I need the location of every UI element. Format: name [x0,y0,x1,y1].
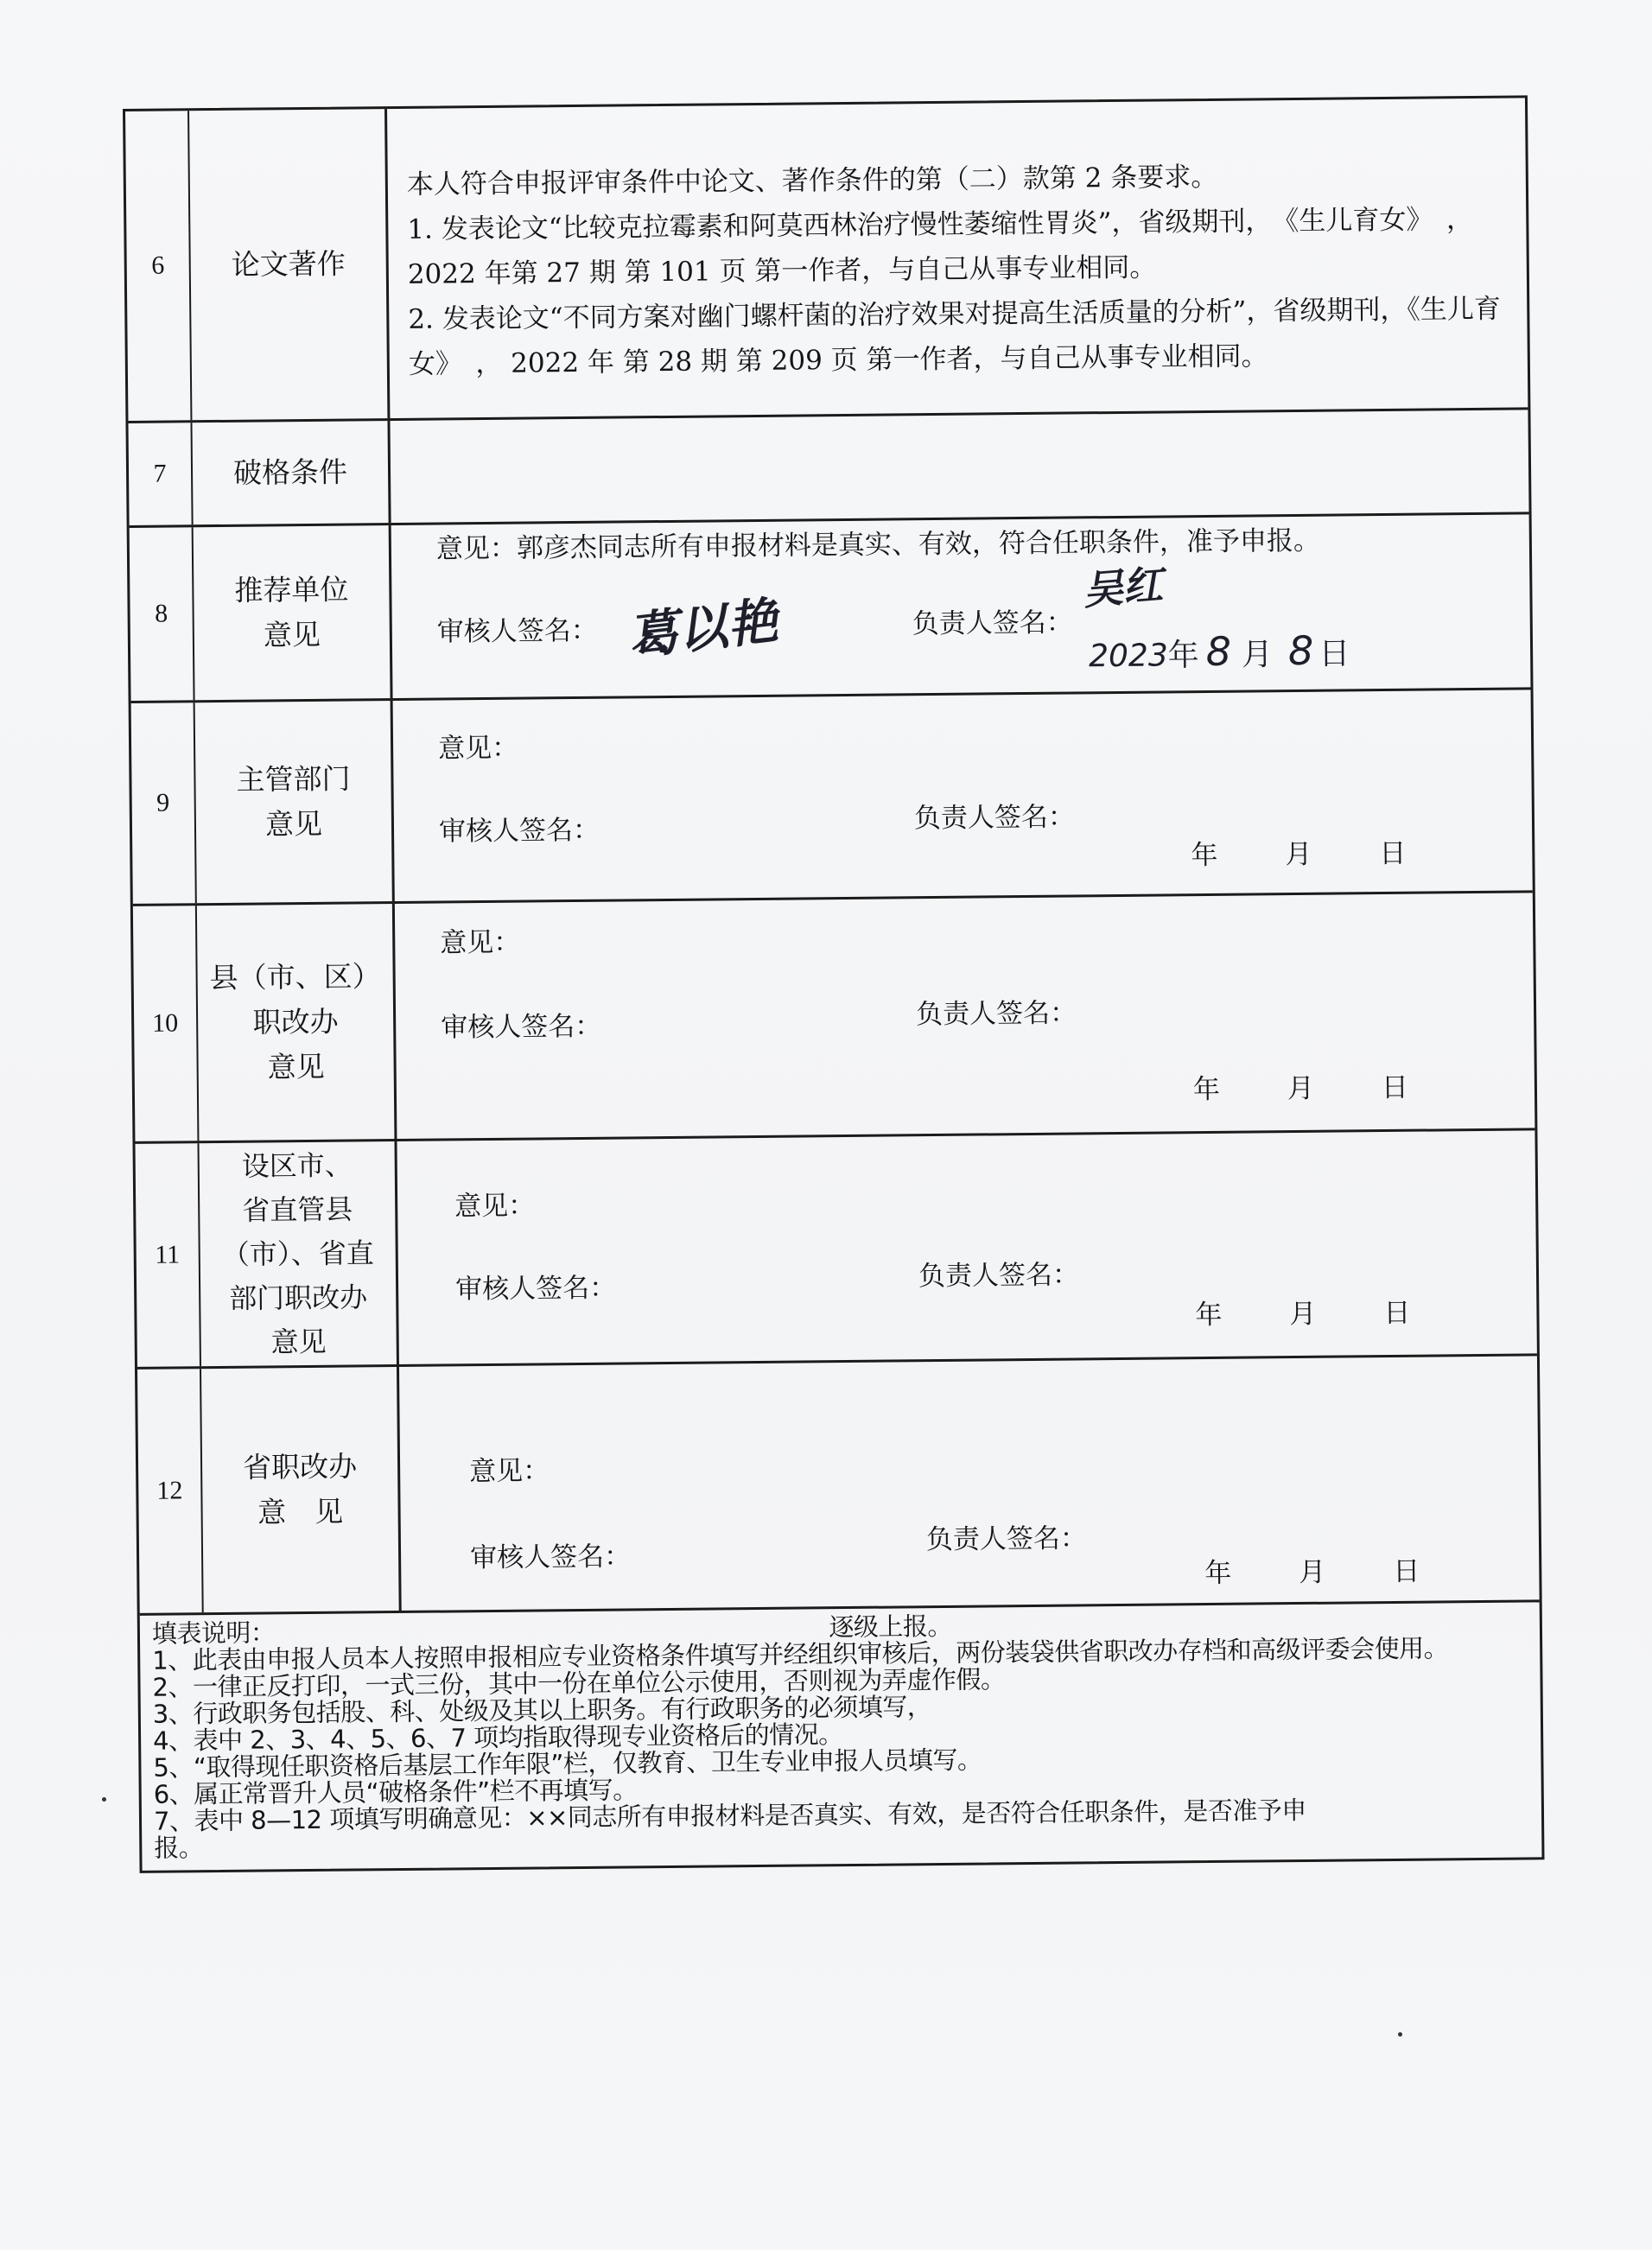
row-label: 破格条件 [192,421,391,524]
row-label: 省职改办 意 见 [201,1367,402,1612]
reviewer-signature-label: 审核人签名： [439,808,600,849]
reviewer-signature-label: 审核人签名： [455,1266,616,1306]
date-month: 月 [1287,1066,1314,1105]
row-label-line: 设区市、 [241,1143,352,1188]
paper-item-1: 1. 发表论文“比较克拉霉素和阿莫西林治疗慢性萎缩性胃炎”，省级期刊， 《生儿育… [407,197,1511,297]
date-day: 日 [1383,1291,1410,1330]
form-row-6: 6 论文著作 本人符合申报评审条件中论文、著作条件的第（二）款第 2 条要求。 … [125,98,1528,423]
row-label-line: 意见 [270,1319,327,1364]
row-number: 12 [137,1369,204,1613]
row-label: 主管部门 意见 [195,701,395,903]
date-day: 日 [1382,1065,1408,1104]
month-suffix: 月 [1242,637,1273,672]
row-label-line: 意见 [264,613,321,658]
row-label: 论文著作 [189,109,390,420]
date-year: 年 [1193,1067,1220,1106]
row-label-line: 主管部门 [236,757,350,803]
county-office-opinion[interactable]: 意见： 审核人签名： 负责人签名： 年月日 [395,893,1535,1139]
leader-signature-label: 负责人签名： [912,600,1073,640]
provincial-office-opinion[interactable]: 意见： 审核人签名： 负责人签名： 年月日 [399,1356,1540,1611]
row-label-line: 县（市、区） [209,954,380,1001]
date-year: 2023 [1089,638,1168,674]
city-office-opinion[interactable]: 意见： 审核人签名： 负责人签名： 年月日 [397,1130,1536,1364]
row-number: 7 [128,423,193,525]
scanned-page: 6 论文著作 本人符合申报评审条件中论文、著作条件的第（二）款第 2 条要求。 … [0,0,1652,2250]
day-suffix: 日 [1318,636,1350,671]
leader-signature: 吴红 [1081,553,1165,616]
row-label-line: 部门职改办 [229,1275,367,1321]
form-row-11: 11 设区市、 省直管县 （市）、省直 部门职改办 意见 意见： 审核人签名： … [135,1130,1536,1370]
recommending-unit-opinion: 意见：郭彦杰同志所有申报材料是真实、有效，符合任职条件，准予申报。 审核人签名：… [391,514,1531,698]
application-form-table: 6 论文著作 本人符合申报评审条件中论文、著作条件的第（二）款第 2 条要求。 … [123,95,1545,1873]
row-label-line: （市）、省直 [221,1231,373,1277]
opinion-text: 意见：郭彦杰同志所有申报材料是真实、有效，符合任职条件，准予申报。 [436,518,1320,566]
leader-signature-label: 负责人签名： [926,1516,1087,1556]
row-number: 11 [135,1143,200,1367]
reviewer-signature-label: 审核人签名： [437,608,598,649]
date-day: 日 [1379,831,1406,870]
year-suffix: 年 [1168,638,1199,673]
row-label-line: 破格条件 [233,450,347,496]
form-row-12: 12 省职改办 意 见 意见： 审核人签名： 负责人签名： 年月日 [137,1356,1540,1616]
date-field: 年月日 [1193,1065,1476,1106]
date-month: 8 [1205,628,1231,675]
reviewer-signature-label: 审核人签名： [470,1534,631,1574]
leader-signature-label: 负责人签名： [914,794,1075,835]
row-label-line: 省直管县 [242,1187,353,1232]
row-label-line: 推荐单位 [234,568,348,613]
leader-signature-label: 负责人签名： [916,990,1077,1031]
form-notes: 填表说明： 逐级上报。 1、此表由申报人员本人按照申报相应专业资格条件填写并经组… [140,1602,1542,1871]
supervising-dept-opinion[interactable]: 意见： 审核人签名： 负责人签名： 年月日 [393,690,1533,901]
row-label-line: 论文著作 [231,242,345,288]
date-day: 8 [1288,627,1314,674]
row-label-line: 意见 [267,1045,324,1090]
notes-block: 填表说明： 逐级上报。 1、此表由申报人员本人按照申报相应专业资格条件填写并经组… [140,1603,1461,1871]
form-row-10: 10 县（市、区） 职改办 意见 意见： 审核人签名： 负责人签名： 年月日 [133,893,1535,1144]
row-number: 10 [133,906,200,1141]
row-label: 设区市、 省直管县 （市）、省直 部门职改办 意见 [199,1141,398,1366]
row-number: 6 [125,111,192,421]
form-row-9: 9 主管部门 意见 意见： 审核人签名： 负责人签名： 年月日 [131,690,1533,906]
date-field: 年月日 [1191,830,1473,872]
scan-speck [1398,2032,1402,2037]
signed-date: 2023年8月8日 [1089,626,1350,676]
papers-content: 本人符合申报评审条件中论文、著作条件的第（二）款第 2 条要求。 1. 发表论文… [387,98,1528,418]
date-day: 日 [1393,1549,1420,1588]
row-label-line: 省职改办 [243,1444,357,1490]
exceptional-conditions-field[interactable] [390,410,1528,523]
opinion-label: 意见： [438,726,518,766]
date-year: 年 [1204,1551,1231,1590]
date-year: 年 [1195,1293,1222,1332]
row-label: 推荐单位 意见 [194,525,393,700]
date-month: 月 [1285,832,1312,871]
row-number: 9 [131,702,197,904]
opinion-label: 意见： [454,1183,535,1223]
date-field: 年月日 [1204,1548,1487,1590]
form-row-8: 8 推荐单位 意见 意见：郭彦杰同志所有申报材料是真实、有效，符合任职条件，准予… [130,514,1531,703]
row-label: 县（市、区） 职改办 意见 [197,904,397,1141]
reviewer-signature: 葛以艳 [624,580,781,669]
row-number: 8 [130,527,195,701]
date-field: 年月日 [1195,1290,1477,1332]
date-year: 年 [1191,833,1217,872]
scan-speck [102,1797,106,1802]
opinion-label: 意见： [440,920,520,960]
row-label-line: 职改办 [252,1000,338,1046]
row-label-line: 意见 [265,802,322,848]
date-month: 月 [1289,1292,1316,1331]
paper-item-2: 2. 发表论文“不同方案对幽门螺杆菌的治疗效果对提高生活质量的分析”，省级期刊，… [408,287,1512,387]
opinion-label: 意见： [469,1448,550,1488]
leader-signature-label: 负责人签名： [918,1252,1079,1293]
row-label-line: 意 见 [257,1490,343,1535]
form-row-7: 7 破格条件 [128,410,1528,528]
date-month: 月 [1299,1550,1325,1589]
reviewer-signature-label: 审核人签名： [441,1004,601,1045]
